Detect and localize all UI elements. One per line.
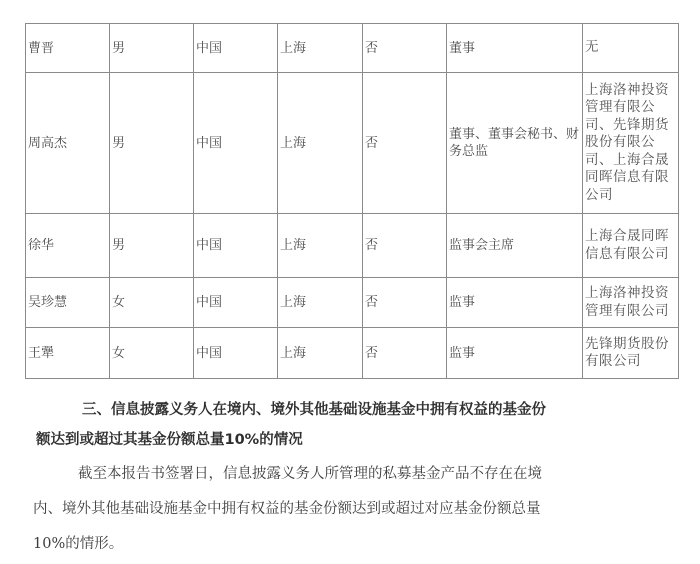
nationality-cell: 中国 <box>194 24 278 73</box>
gender-cell: 男 <box>110 24 194 73</box>
position-cell: 监事会主席 <box>447 214 583 278</box>
name-cell: 吴珍慧 <box>26 278 110 328</box>
nationality-cell: 中国 <box>194 73 278 214</box>
section-three: 三、信息披露义务人在境内、境外其他基础设施基金中拥有权益的基金份 额达到或超过其… <box>0 395 700 562</box>
name-cell: 周高杰 <box>26 73 110 214</box>
table-row: 曹晋 男 中国 上海 否 董事 无 <box>26 24 679 73</box>
gender-cell: 男 <box>110 214 194 278</box>
table-row: 王犟 女 中国 上海 否 监事 先锋期货股份有限公司 <box>26 328 679 379</box>
section-body-paragraph: 截至本报告书签署日，信息披露义务人所管理的私募基金产品不存在在境 <box>0 457 700 492</box>
residence-cell: 上海 <box>278 214 363 278</box>
section-body-paragraph-line3: 10%的情形。 <box>0 527 700 562</box>
nationality-cell: 中国 <box>194 278 278 328</box>
residence-cell: 上海 <box>278 278 363 328</box>
nationality-cell: 中国 <box>194 328 278 379</box>
other-positions-cell: 先锋期货股份有限公司 <box>583 328 679 379</box>
section-heading-continued: 额达到或超过其基金份额总量10%的情况 <box>0 425 700 455</box>
nationality-cell: 中国 <box>194 214 278 278</box>
section-body-paragraph-line2: 内、境外其他基础设施基金中拥有权益的基金份额达到或超过对应基金份额总量 <box>0 492 700 527</box>
name-cell: 曹晋 <box>26 24 110 73</box>
foreign-residency-cell: 否 <box>363 24 447 73</box>
table-row: 周高杰 男 中国 上海 否 董事、董事会秘书、财务总监 上海洛神投资管理有限公司… <box>26 73 679 214</box>
name-cell: 王犟 <box>26 328 110 379</box>
position-cell: 监事 <box>447 328 583 379</box>
other-positions-cell: 上海合晟同晖信息有限公司 <box>583 214 679 278</box>
gender-cell: 女 <box>110 278 194 328</box>
other-positions-cell: 上海洛神投资管理有限公司 <box>583 278 679 328</box>
section-heading: 三、信息披露义务人在境内、境外其他基础设施基金中拥有权益的基金份 <box>0 395 700 425</box>
foreign-residency-cell: 否 <box>363 73 447 214</box>
other-positions-cell: 上海洛神投资管理有限公司、先锋期货股份有限公司、上海合晟同晖信息有限公司 <box>583 73 679 214</box>
table-row: 吴珍慧 女 中国 上海 否 监事 上海洛神投资管理有限公司 <box>26 278 679 328</box>
directors-supervisors-table: 曹晋 男 中国 上海 否 董事 无 周高杰 男 中国 上海 否 董事、董事会秘书… <box>25 23 679 379</box>
foreign-residency-cell: 否 <box>363 328 447 379</box>
residence-cell: 上海 <box>278 328 363 379</box>
position-cell: 监事 <box>447 278 583 328</box>
residence-cell: 上海 <box>278 24 363 73</box>
position-cell: 董事、董事会秘书、财务总监 <box>447 73 583 214</box>
name-cell: 徐华 <box>26 214 110 278</box>
foreign-residency-cell: 否 <box>363 278 447 328</box>
gender-cell: 男 <box>110 73 194 214</box>
position-cell: 董事 <box>447 24 583 73</box>
residence-cell: 上海 <box>278 73 363 214</box>
other-positions-cell: 无 <box>583 24 679 73</box>
table-row: 徐华 男 中国 上海 否 监事会主席 上海合晟同晖信息有限公司 <box>26 214 679 278</box>
foreign-residency-cell: 否 <box>363 214 447 278</box>
gender-cell: 女 <box>110 328 194 379</box>
